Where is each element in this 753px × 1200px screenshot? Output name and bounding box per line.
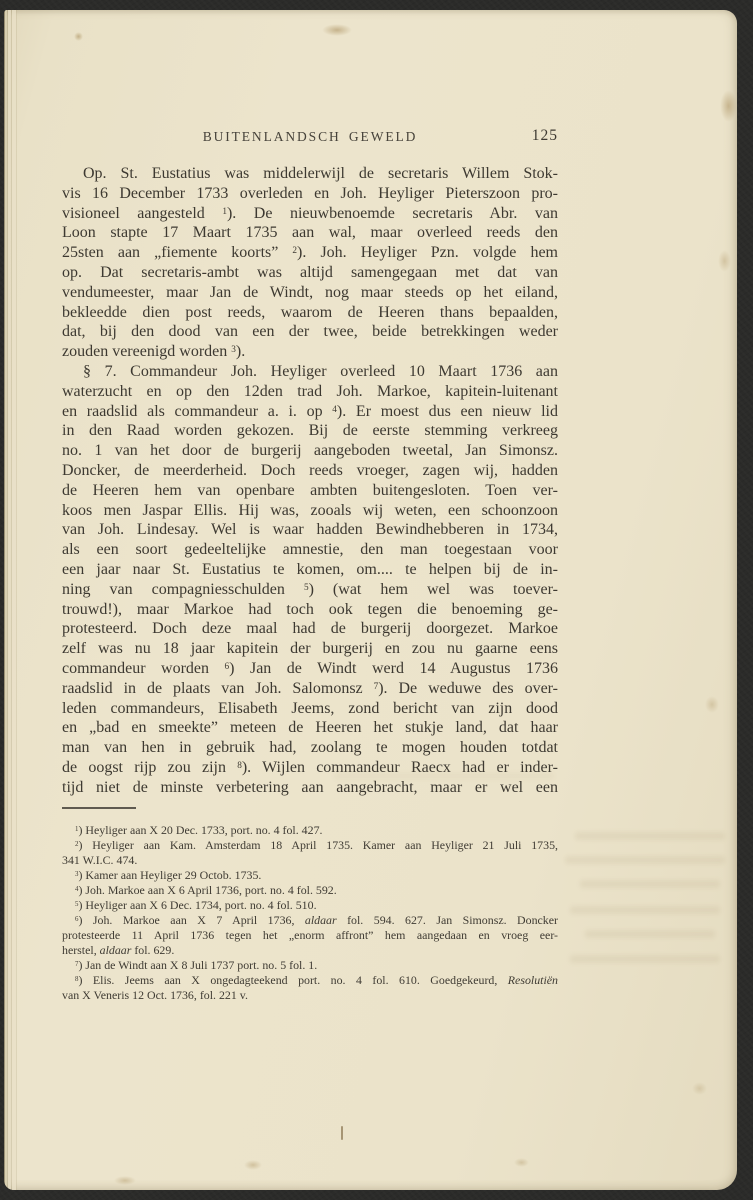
body-text-line: zouden vereenigd worden 3).: [62, 342, 558, 362]
footnote-line: 5) Heyliger aan X 6 Dec. 1734, port. no.…: [62, 898, 558, 913]
paper-stain: [74, 32, 83, 41]
footnote-line: 3) Kamer aan Heyliger 29 Octob. 1735.: [62, 868, 558, 883]
body-text-line: § 7. Commandeur Joh. Heyliger overleed 1…: [62, 362, 558, 382]
footnote-line: 1) Heyliger aan X 20 Dec. 1733, port. no…: [62, 823, 558, 838]
footnote-line: van X Veneris 12 Oct. 1736, fol. 221 v.: [62, 988, 558, 1003]
paper-stain: [244, 1160, 262, 1170]
body-text-line: leden commandeurs, Elisabeth Jeems, zond…: [62, 699, 558, 719]
body-text-line: vis 16 December 1733 overleden en Joh. H…: [62, 184, 558, 204]
body-text-line: in den Raad worden gekozen. Bij de eerst…: [62, 421, 558, 441]
body-text-line: als een soort gedeeltelijke amnestie, de…: [62, 540, 558, 560]
body-text-line: Loon stapte 17 Maart 1735 aan wal, maar …: [62, 223, 558, 243]
footnotes: 1) Heyliger aan X 20 Dec. 1733, port. no…: [62, 823, 558, 1003]
paper-stain: [114, 1176, 136, 1185]
page-edge-texture: [4, 10, 26, 1190]
showthrough-text: [575, 832, 725, 840]
body-text-line: op. Dat secretaris-ambt was altijd samen…: [62, 263, 558, 283]
body-text-line: commandeur worden 6) Jan de Windt werd 1…: [62, 659, 558, 679]
body-text-line: en „bad en smeekte” meteen de Heeren het…: [62, 718, 558, 738]
showthrough-text: [580, 880, 720, 888]
page-header: BUITENLANDSCH GEWELD 125: [62, 129, 558, 151]
body-text-line: visioneel aangesteld 1). De nieuwbenoemd…: [62, 204, 558, 224]
body-text: Op. St. Eustatius was middelerwijl de se…: [62, 164, 558, 798]
showthrough-text: [570, 906, 720, 914]
paper-stain: [718, 250, 731, 272]
body-text-line: waterzucht en op den 12den trad Joh. Mar…: [62, 382, 558, 402]
footnote-line: 7) Jan de Windt aan X 8 Juli 1737 port. …: [62, 958, 558, 973]
paper-stain: [705, 696, 719, 713]
body-text-line: dat, bij den dood van een der twee, beid…: [62, 322, 558, 342]
body-text-line: ning van compagniesschulden 5) (wat hem …: [62, 580, 558, 600]
body-text-line: tijd niet de minste verbetering aan aang…: [62, 778, 558, 798]
body-text-line: de Heeren hem van openbare ambten buiten…: [62, 481, 558, 501]
running-title: BUITENLANDSCH GEWELD: [62, 129, 558, 145]
footnote-separator: [62, 807, 136, 809]
body-text-line: vendumeester, maar Jan de Windt, nog maa…: [62, 283, 558, 303]
body-text-line: en raadslid als commandeur a. i. op 4). …: [62, 402, 558, 422]
showthrough-text: [565, 856, 725, 864]
paper-stain: [514, 1158, 529, 1167]
footnote-line: 8) Elis. Jeems aan X ongedagteekend port…: [62, 973, 558, 988]
body-text-line: van Joh. Lindesay. Wel is waar hadden Be…: [62, 520, 558, 540]
showthrough-text: [570, 955, 720, 963]
footnote-line: 341 W.I.C. 474.: [62, 853, 558, 868]
body-text-line: trouwd!), maar Markoe had toch ook tegen…: [62, 600, 558, 620]
footnote-line: 6) Joh. Markoe aan X 7 April 1736, aldaa…: [62, 913, 558, 928]
body-text-line: 25sten aan „fiemente koorts” 2). Joh. He…: [62, 243, 558, 263]
body-text-line: Doncker, de meerderheid. Doch reeds vroe…: [62, 461, 558, 481]
paper-stain: [692, 1082, 707, 1095]
footnote-line: 4) Joh. Markoe aan X 6 April 1736, port.…: [62, 883, 558, 898]
page-number: 125: [532, 127, 558, 145]
body-text-line: een jaar naar St. Eustatius te komen, om…: [62, 560, 558, 580]
body-text-line: bekleedde dien post reeds, waarom de Hee…: [62, 303, 558, 323]
book-photo: BUITENLANDSCH GEWELD 125 Op. St. Eustati…: [0, 0, 753, 1200]
paper-stain: [322, 24, 352, 36]
body-text-line: protesteerd. Doch deze maal had de burge…: [62, 619, 558, 639]
body-text-line: zelf was nu 18 jaar kapitein der burgeri…: [62, 639, 558, 659]
showthrough-text: [334, 772, 554, 780]
footnote-line: protesteerde 11 April 1736 tegen het „en…: [62, 928, 558, 943]
paper-stain: [720, 90, 737, 122]
body-text-line: koos men Jaspar Ellis. Hij was, zooals w…: [62, 501, 558, 521]
body-text-line: Op. St. Eustatius was middelerwijl de se…: [62, 164, 558, 184]
body-text-line: raadslid in de plaats van Joh. Salomonsz…: [62, 679, 558, 699]
showthrough-text: [585, 930, 715, 938]
paper-mark: [341, 1126, 343, 1140]
body-text-line: no. 1 van het door de burgerij aangebode…: [62, 441, 558, 461]
footnote-line: 2) Heyliger aan Kam. Amsterdam 18 April …: [62, 838, 558, 853]
footnote-line: herstel, aldaar fol. 629.: [62, 943, 558, 958]
book-page: BUITENLANDSCH GEWELD 125 Op. St. Eustati…: [4, 10, 737, 1190]
body-text-line: man van hen in gebruik had, zoolang te m…: [62, 738, 558, 758]
